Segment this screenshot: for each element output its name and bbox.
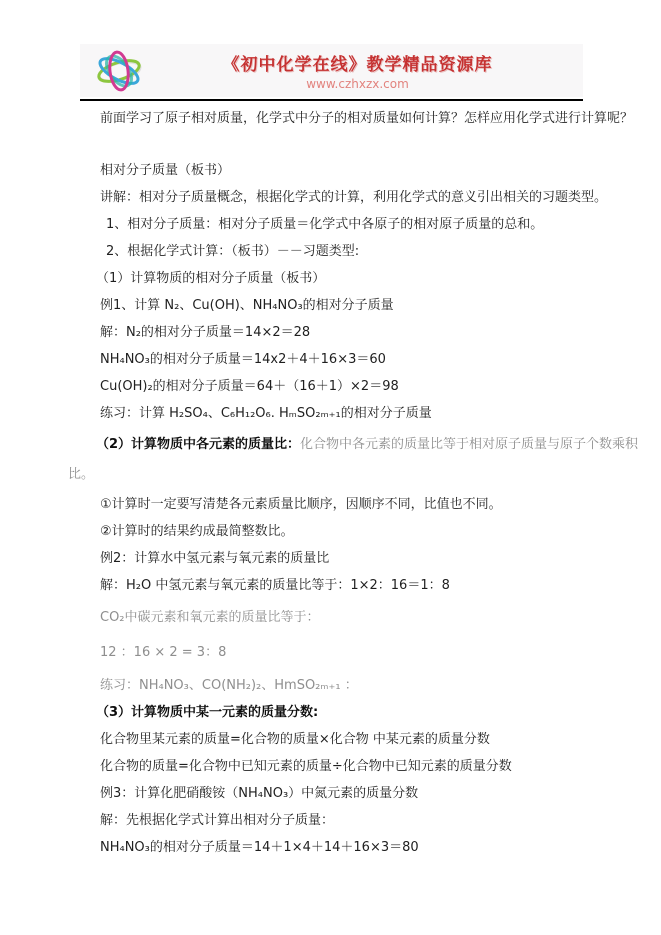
text-segment: ①计算时一定要写清楚各元素质量比顺序，因顺序不同，比值也不同。: [100, 497, 502, 512]
header-divider: [80, 99, 583, 101]
site-title: 《初中化学在线》教学精品资源库: [158, 50, 557, 75]
text-line: Cu(OH)₂的相对分子质量＝64＋（16＋1）×2＝98: [100, 373, 661, 400]
text-line: NH₄NO₃的相对分子质量＝14x2＋4＋16×3＝60: [100, 346, 661, 373]
text-segment: 例3：计算化肥硝酸铵（NH₄NO₃）中氮元素的质量分数: [100, 786, 418, 801]
text-segment: 解：N₂的相对分子质量＝14×2＝28: [100, 325, 310, 340]
text-segment: 解：H₂O 中氢元素与氧元素的质量比等于：1×2：16＝1：8: [100, 578, 450, 593]
text-line: CO₂中碳元素和氧元素的质量比等于：: [100, 604, 661, 631]
text-segment: 1、相对分子质量：相对分子质量＝化学式中各原子的相对原子质量的总和。: [106, 217, 543, 232]
text-segment: 比。: [68, 467, 94, 482]
text-segment: 化合物中各元素的质量比等于相对原子质量与原子个数乘积: [300, 437, 638, 452]
text-segment: Cu(OH)₂的相对分子质量＝64＋（16＋1）×2＝98: [100, 379, 399, 394]
text-line: 讲解：相对分子质量概念，根据化学式的计算，利用化学式的意义引出相关的习题类型。: [100, 184, 661, 211]
text-segment: 化合物的质量=化合物中已知元素的质量÷化合物中已知元素的质量分数: [100, 759, 512, 774]
text-line: 化合物的质量=化合物中已知元素的质量÷化合物中已知元素的质量分数: [100, 753, 661, 780]
text-segment: 2、根据化学式计算：（板书）－－习题类型:: [106, 244, 359, 259]
text-segment: （2）计算物质中各元素的质量比：: [96, 437, 300, 452]
text-segment: 练习：计算 H₂SO₄、C₆H₁₂O₆. HₘSO₂ₘ₊₁的相对分子质量: [100, 406, 432, 421]
header-text-block: 《初中化学在线》教学精品资源库 www.czhxzx.com: [158, 50, 583, 91]
atom-logo-svg: [90, 46, 148, 96]
text-line: 练习：计算 H₂SO₄、C₆H₁₂O₆. HₘSO₂ₘ₊₁的相对分子质量: [100, 400, 661, 427]
text-line: 例3：计算化肥硝酸铵（NH₄NO₃）中氮元素的质量分数: [100, 780, 661, 807]
text-line: 练习：NH₄NO₃、CO(NH₂)₂、HmSO₂ₘ₊₁ ：: [100, 672, 661, 699]
site-header: 《初中化学在线》教学精品资源库 www.czhxzx.com: [80, 44, 583, 97]
text-segment: NH₄NO₃的相对分子质量＝14＋1×4＋14＋16×3＝80: [100, 840, 419, 855]
text-line: 2、根据化学式计算：（板书）－－习题类型:: [106, 238, 661, 265]
document-body: 前面学习了原子相对质量，化学式中分子的相对质量如何计算？怎样应用化学式进行计算呢…: [0, 105, 661, 861]
text-line: 前面学习了原子相对质量，化学式中分子的相对质量如何计算？怎样应用化学式进行计算呢…: [100, 105, 661, 132]
text-line: 1、相对分子质量：相对分子质量＝化学式中各原子的相对原子质量的总和。: [106, 211, 661, 238]
text-line: 解：先根据化学式计算出相对分子质量：: [100, 807, 661, 834]
text-line: （2）计算物质中各元素的质量比：化合物中各元素的质量比等于相对原子质量与原子个数…: [96, 431, 661, 458]
text-line: 例2：计算水中氢元素与氧元素的质量比: [100, 545, 661, 572]
text-segment: （1）计算物质的相对分子质量（板书）: [96, 271, 325, 286]
text-line: ②计算时的结果约成最简整数比。: [100, 518, 661, 545]
text-line: 例1、计算 N₂、Cu(OH)、NH₄NO₃的相对分子质量: [100, 292, 661, 319]
text-line: ①计算时一定要写清楚各元素质量比顺序，因顺序不同，比值也不同。: [100, 491, 661, 518]
text-segment: 化合物里某元素的质量=化合物的质量×化合物 中某元素的质量分数: [100, 732, 490, 747]
text-line: NH₄NO₃的相对分子质量＝14＋1×4＋14＋16×3＝80: [100, 834, 661, 861]
text-segment: CO₂中碳元素和氧元素的质量比等于：: [100, 610, 320, 625]
text-segment: 解：先根据化学式计算出相对分子质量：: [100, 813, 334, 828]
text-segment: 相对分子质量（板书）: [100, 163, 230, 178]
text-line: 12 ：16 × 2 = 3：8: [100, 639, 661, 666]
text-line: 解：H₂O 中氢元素与氧元素的质量比等于：1×2：16＝1：8: [100, 572, 661, 599]
text-line: 比。: [68, 461, 661, 488]
text-line: 化合物里某元素的质量=化合物的质量×化合物 中某元素的质量分数: [100, 726, 661, 753]
text-segment: 前面学习了原子相对质量，化学式中分子的相对质量如何计算？怎样应用化学式进行计算呢…: [100, 111, 633, 126]
text-segment: 例1、计算 N₂、Cu(OH)、NH₄NO₃的相对分子质量: [100, 298, 394, 313]
text-segment: 12 ：16 × 2 = 3：8: [100, 645, 226, 660]
text-segment: 例2：计算水中氢元素与氧元素的质量比: [100, 551, 329, 566]
text-segment: ②计算时的结果约成最简整数比。: [100, 524, 294, 539]
text-segment: 讲解：相对分子质量概念，根据化学式的计算，利用化学式的意义引出相关的习题类型。: [100, 190, 607, 205]
text-line: （1）计算物质的相对分子质量（板书）: [96, 265, 661, 292]
text-segment: NH₄NO₃的相对分子质量＝14x2＋4＋16×3＝60: [100, 352, 386, 367]
text-line: （3）计算物质中某一元素的质量分数:: [96, 699, 661, 726]
site-url: www.czhxzx.com: [158, 77, 557, 91]
atom-logo-icon: [80, 46, 158, 96]
text-line: 解：N₂的相对分子质量＝14×2＝28: [100, 319, 661, 346]
text-line: 相对分子质量（板书）: [100, 157, 661, 184]
text-segment: 练习：NH₄NO₃、CO(NH₂)₂、HmSO₂ₘ₊₁ ：: [100, 678, 358, 693]
text-segment: （3）计算物质中某一元素的质量分数:: [96, 705, 318, 720]
